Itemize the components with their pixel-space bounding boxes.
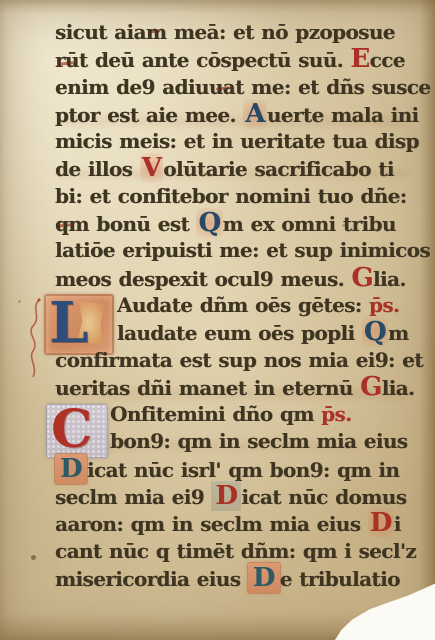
text-segment: laudate eum oēs popli xyxy=(117,321,362,345)
text-line: misericordia eius De tribulatio xyxy=(55,565,430,592)
text-block: sicut aiam meā: et nō pzoposuerūt deū an… xyxy=(55,19,430,592)
initial-letter: Q xyxy=(196,208,222,238)
text-segment: rūt deū ante cōspectū suū. xyxy=(55,48,350,72)
text-line: ueritas dñi manet in eternū Glia. xyxy=(55,374,430,401)
text-line: meos despexit ocul9 meus. Glia. xyxy=(55,265,430,292)
text-line: aaron: qm in seclm mia eius Di xyxy=(55,510,430,537)
text-line: qm bonū est Qm ex omni tribu xyxy=(55,210,430,237)
text-line: Dicat nūc isrl' qm bon9: qm in xyxy=(55,456,430,483)
text-line: bi: et confitebor nomini tuo dñe: xyxy=(55,183,430,210)
text-segment: m ex omni tribu xyxy=(223,212,396,236)
text-segment: Onfitemini dño qm xyxy=(110,402,321,426)
text-line: confirmata est sup nos mia ei9: et xyxy=(55,347,430,374)
text-line: micis meis: et in ueritate tua disp xyxy=(55,128,430,155)
psalm-rubric-label: p̄s. xyxy=(369,293,399,317)
text-segment: aaron: qm in seclm mia eius xyxy=(55,512,368,536)
text-segment: bon9: qm in seclm mia eius xyxy=(110,429,407,453)
text-segment: ptor est aie mee. xyxy=(55,103,243,127)
text-line: Onfitemini dño qm p̄s. xyxy=(55,401,430,428)
text-line: bon9: qm in seclm mia eius xyxy=(55,428,430,455)
initial-letter: V xyxy=(140,153,164,183)
drop-cap-L-letter: L xyxy=(49,293,88,353)
initial-letter: G xyxy=(360,372,382,402)
manuscript-photo: L C sicut aiam meā: et nō pzoposuerūt de… xyxy=(0,0,435,640)
initial-letter: G xyxy=(351,263,373,293)
text-line: cant nūc q timēt dñm: qm i secl'z xyxy=(55,538,430,565)
text-segment: icat nūc isrl' qm bon9: qm in xyxy=(87,458,399,482)
text-segment: olūtarie sacrificabo ti xyxy=(163,157,394,181)
initial-letter: E xyxy=(350,44,369,74)
psalm-rubric-label: p̄s. xyxy=(321,402,351,426)
text-segment: de illos xyxy=(55,157,140,181)
text-segment: e tribulatio xyxy=(280,567,400,591)
text-line: seclm mia ei9 Dicat nūc domus xyxy=(55,483,430,510)
text-segment: seclm mia ei9 xyxy=(55,485,211,509)
text-segment: lia. xyxy=(382,376,415,400)
initial-letter: D xyxy=(368,508,394,538)
text-segment: micis meis: et in ueritate tua disp xyxy=(55,129,419,153)
text-segment: sicut aiam meā: et nō pzoposue xyxy=(55,20,395,44)
initial-letter: Q xyxy=(362,317,388,347)
text-segment: bi: et confitebor nomini tuo dñe: xyxy=(55,184,407,208)
text-segment: m xyxy=(388,321,409,345)
text-segment: cce xyxy=(370,48,405,72)
initial-letter: A xyxy=(243,99,267,129)
parchment-specks xyxy=(0,0,3,3)
initial-letter: D xyxy=(248,563,280,593)
drop-cap-C-letter: C xyxy=(51,401,92,459)
text-line: laudate eum oēs popli Qm xyxy=(55,319,430,346)
text-line: Audate dñm oēs gētes: p̄s. xyxy=(55,292,430,319)
text-segment: confirmata est sup nos mia ei9: et xyxy=(55,348,423,372)
text-segment: latiōe eripuisti me: et sup inimicos xyxy=(55,238,430,262)
initial-letter: D xyxy=(211,481,241,511)
text-line: rūt deū ante cōspectū suū. Ecce xyxy=(55,46,430,73)
text-segment: ueritas dñi manet in eternū xyxy=(55,376,360,400)
text-segment: enim de9 adiuuat me: et dñs susce xyxy=(55,75,430,99)
text-line: de illos Volūtarie sacrificabo ti xyxy=(55,155,430,182)
text-segment: i xyxy=(394,512,401,536)
text-line: sicut aiam meā: et nō pzoposue xyxy=(55,19,430,46)
penwork-flourish-icon xyxy=(24,296,48,380)
text-segment: Audate dñm oēs gētes: xyxy=(117,293,369,317)
text-segment: qm bonū est xyxy=(55,212,196,236)
text-line: latiōe eripuisti me: et sup inimicos xyxy=(55,237,430,264)
text-line: enim de9 adiuuat me: et dñs susce xyxy=(55,74,430,101)
text-segment: meos despexit ocul9 meus. xyxy=(55,267,351,291)
text-segment: icat nūc domus xyxy=(241,485,406,509)
text-segment: uerte mala ini xyxy=(267,103,419,127)
text-segment: cant nūc q timēt dñm: qm i secl'z xyxy=(55,539,416,563)
text-segment: lia. xyxy=(373,267,406,291)
text-segment: misericordia eius xyxy=(55,567,248,591)
text-line: ptor est aie mee. Auerte mala ini xyxy=(55,101,430,128)
